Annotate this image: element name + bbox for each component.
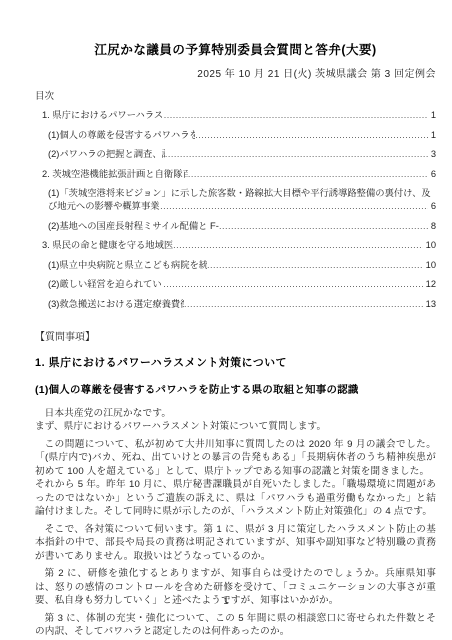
toc-entry: (3)救急搬送における選定療養費徴収に対する県民意見の反映13 — [35, 298, 436, 311]
body-paragraph: この問題について、私が初めて大井川知事に質問したのは 2020 年 9 月の議会… — [35, 438, 436, 479]
toc-entry: (1)県立中央病院と県立こども病院を統合する新病院整備計画の検討状況と課題10 — [35, 259, 436, 272]
toc-entry-page: 8 — [428, 220, 436, 233]
toc-entry-text: 2. 茨城空港機能拡張計画と自衛隊百里基地ミサイル配備について — [42, 168, 188, 181]
toc-entry-page: 10 — [423, 259, 436, 272]
toc-entry-text: (2)基地への国産長射程ミサイル配備と F-2 戦闘機でのミサイル運用を容認すべ… — [48, 220, 219, 233]
toc-dot-leader — [163, 278, 422, 291]
toc-entry-page: 1 — [428, 129, 436, 142]
toc-entry-page: 3 — [428, 148, 436, 161]
body-paragraph: まず、県庁におけるパワーハラスメント対策について質問します。 — [35, 420, 436, 434]
toc-dot-leader — [164, 109, 428, 122]
toc-entry-text: (1)「茨城空港将来ビジョン」に示した旅客数・路線拡大目標や平行誘導路整備の裏付… — [48, 187, 431, 200]
toc-dot-leader — [184, 298, 423, 311]
toc-entry-page: 6 — [428, 200, 436, 213]
table-of-contents: 目次 1. 県庁におけるパワーハラスメント対策について1(1)個人の尊厳を侵害す… — [35, 88, 436, 311]
toc-entry-text: 3. 県民の命と健康を守る地域医療の確保と支援について — [42, 239, 173, 252]
toc-entry: (2)パワハラの把握と調査、認定と公表のあり方3 — [35, 148, 436, 161]
toc-dot-leader — [207, 259, 423, 272]
toc-dot-leader — [165, 148, 428, 161]
toc-entry-text: (3)救急搬送における選定療養費徴収に対する県民意見の反映 — [48, 298, 184, 311]
body-paragraph: そこで、各対策について伺います。第 1 に、県が 3 月に策定したハラスメント防… — [35, 523, 436, 564]
body-paragraph: 第 3 に、体制の充実・強化について、この 5 年間に県の相談窓口に寄せられた件… — [35, 612, 436, 639]
toc-entry-text: び地元への影響や概算事業費を示さない問題 — [48, 200, 160, 213]
document-date: 2025 年 10 月 21 日(火) 茨城県議会 第 3 回定例会 — [35, 65, 436, 80]
toc-entry: 2. 茨城空港機能拡張計画と自衛隊百里基地ミサイル配備について6 — [35, 168, 436, 181]
toc-entry: (2)厳しい経営を迫られている医療機関への支援12 — [35, 278, 436, 291]
section-heading-1: 1. 県庁におけるパワーハラスメント対策について — [35, 355, 436, 370]
toc-entry-text: (1)県立中央病院と県立こども病院を統合する新病院整備計画の検討状況と課題 — [48, 259, 207, 272]
toc-entry: (1)個人の尊厳を侵害するパワハラを防止する県の取組と知事の認識1 — [35, 129, 436, 142]
section-label: 【質問事項】 — [35, 328, 436, 343]
toc-entry: (2)基地への国産長射程ミサイル配備と F-2 戦闘機でのミサイル運用を容認すべ… — [35, 220, 436, 233]
toc-entry: 1. 県庁におけるパワーハラスメント対策について1 — [35, 109, 436, 122]
toc-entry-page: 13 — [423, 298, 436, 311]
body-paragraph: 日本共産党の江尻かなです。 — [35, 407, 436, 421]
page-number: 1 — [0, 596, 452, 607]
toc-entry-page: 6 — [428, 168, 436, 181]
document-title: 江尻かな議員の予算特別委員会質問と答弁(大要) — [35, 40, 436, 58]
toc-entry: (1)「茨城空港将来ビジョン」に示した旅客数・路線拡大目標や平行誘導路整備の裏付… — [35, 187, 436, 213]
toc-entry-text: (2)パワハラの把握と調査、認定と公表のあり方 — [48, 148, 165, 161]
toc-entry-page: 10 — [423, 239, 436, 252]
toc-dot-leader — [219, 220, 428, 233]
toc-entry-page: 12 — [423, 278, 436, 291]
toc-dot-leader — [188, 168, 428, 181]
toc-dot-leader — [195, 129, 428, 142]
toc-entry: 3. 県民の命と健康を守る地域医療の確保と支援について10 — [35, 239, 436, 252]
section-heading-2: (1)個人の尊厳を侵害するパワハラを防止する県の取組と知事の認識 — [35, 381, 436, 396]
body-paragraph: それから 5 年。昨年 10 月に、県庁秘書課職員が自死いたしました。「職場環境… — [35, 478, 436, 519]
toc-entry-text: 1. 県庁におけるパワーハラスメント対策について — [42, 109, 164, 122]
toc-dot-leader — [173, 239, 423, 252]
toc-entry-page: 1 — [428, 109, 436, 122]
document-page: 江尻かな議員の予算特別委員会質問と答弁(大要) 2025 年 10 月 21 日… — [0, 0, 452, 640]
toc-heading: 目次 — [35, 88, 436, 102]
toc-items: 1. 県庁におけるパワーハラスメント対策について1(1)個人の尊厳を侵害するパワ… — [35, 109, 436, 311]
toc-entry-text: (2)厳しい経営を迫られている医療機関への支援 — [48, 278, 163, 291]
toc-entry-text: (1)個人の尊厳を侵害するパワハラを防止する県の取組と知事の認識 — [48, 129, 195, 142]
toc-dot-leader — [160, 200, 428, 213]
